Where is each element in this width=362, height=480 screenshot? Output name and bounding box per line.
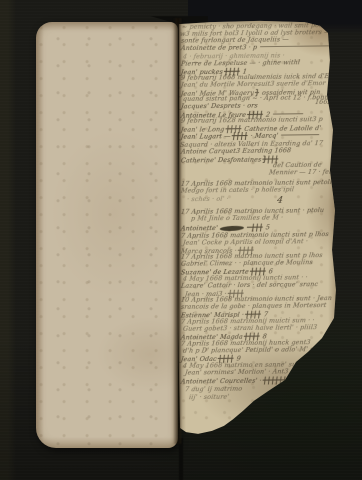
- manuscript-line: p Mt Jinle o Tamilies de M ·: [190, 214, 283, 222]
- manuscript-line: Antoinette' Courcelles' ·||||||: [180, 375, 287, 385]
- handwriting-text: Medgo fort in catels · p holles ipil: [180, 186, 294, 194]
- handwriting-text: p Mt Jinle o Tamilies de M ·: [190, 214, 283, 222]
- handwriting-lines: ~ pemicty · sho pordegang · wail smit po…: [177, 20, 339, 438]
- handwriting-text: iij' · soiture': [189, 394, 230, 401]
- manuscript-line: Medgo fort in catels · p holles ipil: [180, 186, 294, 194]
- manuscript-line: 166Z: [315, 99, 333, 106]
- manuscript-line: 4: [276, 196, 283, 206]
- ink-blot: [219, 225, 244, 231]
- handwriting-text: Mennier — 17 · februarij: [268, 168, 352, 176]
- tally-marks: |||: [245, 223, 264, 232]
- manuscript-line: Jean' Lugart —|||| · Marcq': [180, 130, 320, 141]
- manuscript-line: Antoinette de pret3 · p: [180, 43, 362, 52]
- handwriting-text: 5: [263, 224, 270, 231]
- manuscript-line: · sches · ol' ·: [187, 196, 230, 204]
- gutter-crease-below-pages: [179, 438, 183, 480]
- manuscript-line: Mennier — 17 · februarij: [268, 168, 352, 176]
- ink-rule-stroke: [281, 134, 319, 135]
- ink-rule-stroke: [273, 113, 303, 114]
- handwriting-text: Antoinette': [180, 225, 218, 232]
- handwriting-text: Antoinette' Courcelles' ·: [180, 378, 262, 386]
- handwriting-text: 4: [276, 196, 283, 206]
- handwriting-text: Catherine' Desfontaines: [180, 157, 261, 165]
- manuscript-line: Catherine' Desfontaines}|||: [180, 154, 279, 164]
- handwriting-text: 166Z: [315, 99, 333, 106]
- tally-marks: ||||||: [261, 375, 288, 384]
- manuscript-line: 7 aug' ij matrimo: [185, 386, 243, 394]
- tally-marks: ||||: [230, 131, 249, 140]
- manuscript-line: iij' · soiture': [189, 394, 230, 401]
- left-page-blank: [36, 22, 178, 448]
- handwriting-text: · Marcq': [248, 133, 279, 140]
- right-page-manuscript: ~ pemicty · sho pordegang · wail smit po…: [177, 20, 339, 438]
- handwriting-text: · sches · ol' ·: [187, 196, 230, 204]
- handwriting-text: 7 aug' ij matrimo: [185, 386, 243, 394]
- book-gutter-crease: [173, 18, 182, 444]
- handwriting-text: Antoinette de pret3 · p: [180, 44, 257, 52]
- scanned-book-photo: ~ pemicty · sho pordegang · wail smit po…: [0, 0, 362, 480]
- handwriting-text: Jean' Lugart —: [180, 133, 231, 141]
- ink-rule-stroke: [260, 45, 362, 47]
